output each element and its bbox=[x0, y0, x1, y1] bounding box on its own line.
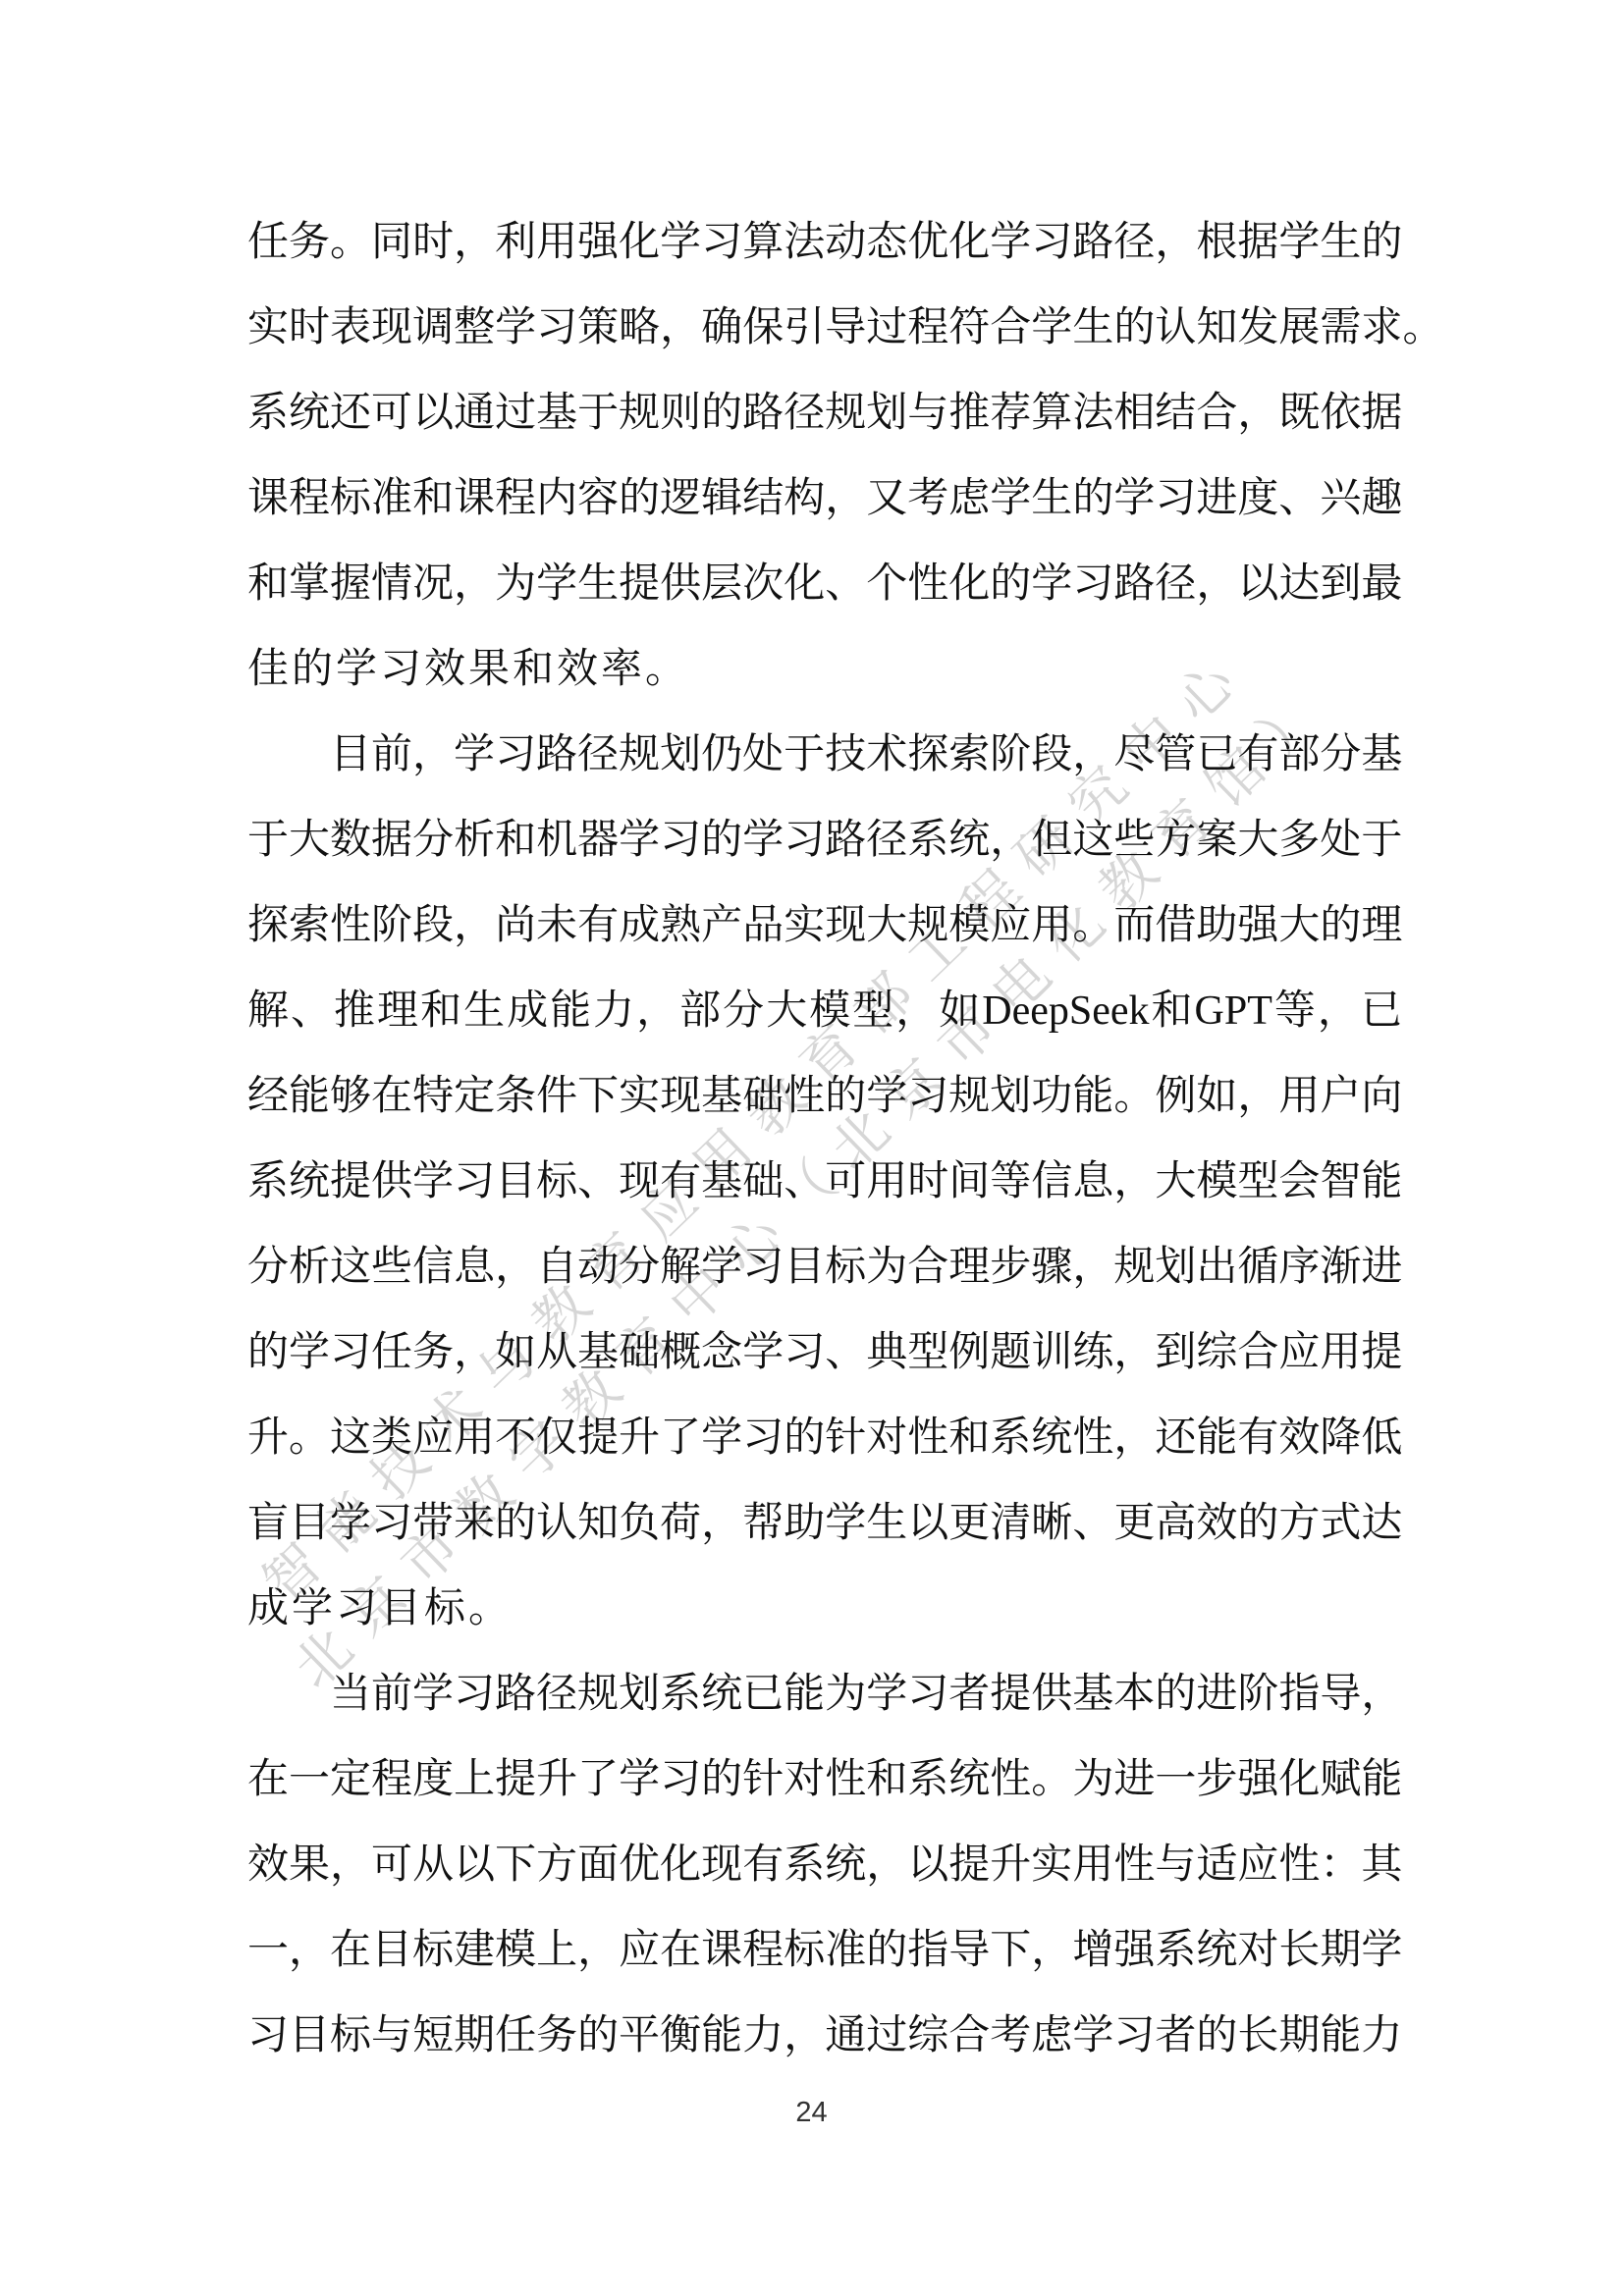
text-line: 系统提供学习目标、现有基础、可用时间等信息，大模型会智能 bbox=[247, 1140, 1402, 1225]
text-line: 系统还可以通过基于规则的路径规划与推荐算法相结合，既依据 bbox=[247, 371, 1402, 456]
text-line: 探索性阶段，尚未有成熟产品实现大规模应用。而借助强大的理 bbox=[247, 883, 1402, 969]
text-line: 在一定程度上提升了学习的针对性和系统性。为进一步强化赋能 bbox=[247, 1737, 1402, 1823]
text-line: 效果，可从以下方面优化现有系统，以提升实用性与适应性：其 bbox=[247, 1823, 1402, 1908]
text-line: 习目标与短期任务的平衡能力，通过综合考虑学习者的长期能力 bbox=[247, 1994, 1402, 2079]
text-line: 的学习任务，如从基础概念学习、典型例题训练，到综合应用提 bbox=[247, 1310, 1402, 1396]
text-line: 分析这些信息，自动分解学习目标为合理步骤，规划出循序渐进 bbox=[247, 1225, 1402, 1310]
text-line: 升。这类应用不仅提升了学习的针对性和系统性，还能有效降低 bbox=[247, 1396, 1402, 1481]
text-line: 成学习目标。 bbox=[247, 1567, 1402, 1652]
text-line: 实时表现调整学习策略，确保引导过程符合学生的认知发展需求。 bbox=[247, 286, 1402, 371]
text-line: 任务。同时，利用强化学习算法动态优化学习路径，根据学生的 bbox=[247, 200, 1402, 286]
text-line: 目前，学习路径规划仍处于技术探索阶段，尽管已有部分基 bbox=[247, 713, 1402, 798]
page-number: 24 bbox=[0, 2097, 1623, 2129]
text-line: 一，在目标建模上，应在课程标准的指导下，增强系统对长期学 bbox=[247, 1908, 1402, 1994]
body-text-block: 任务。同时，利用强化学习算法动态优化学习路径，根据学生的实时表现调整学习策略，确… bbox=[247, 200, 1402, 2079]
text-line: 经能够在特定条件下实现基础性的学习规划功能。例如，用户向 bbox=[247, 1054, 1402, 1140]
text-line: 佳的学习效果和效率。 bbox=[247, 627, 1402, 713]
text-line: 盲目学习带来的认知负荷，帮助学生以更清晰、更高效的方式达 bbox=[247, 1481, 1402, 1567]
text-line: 课程标准和课程内容的逻辑结构，又考虑学生的学习进度、兴趣 bbox=[247, 456, 1402, 542]
text-line: 当前学习路径规划系统已能为学习者提供基本的进阶指导， bbox=[247, 1652, 1402, 1737]
document-page: 智能技术与教育应用教育部工程研究中心 北京市数字教育中心（北京市电化教育馆） 任… bbox=[0, 0, 1623, 2296]
text-line: 解、推理和生成能力，部分大模型，如DeepSeek和GPT等，已 bbox=[247, 969, 1402, 1054]
text-line: 于大数据分析和机器学习的学习路径系统，但这些方案大多处于 bbox=[247, 798, 1402, 883]
text-line: 和掌握情况，为学生提供层次化、个性化的学习路径，以达到最 bbox=[247, 542, 1402, 627]
